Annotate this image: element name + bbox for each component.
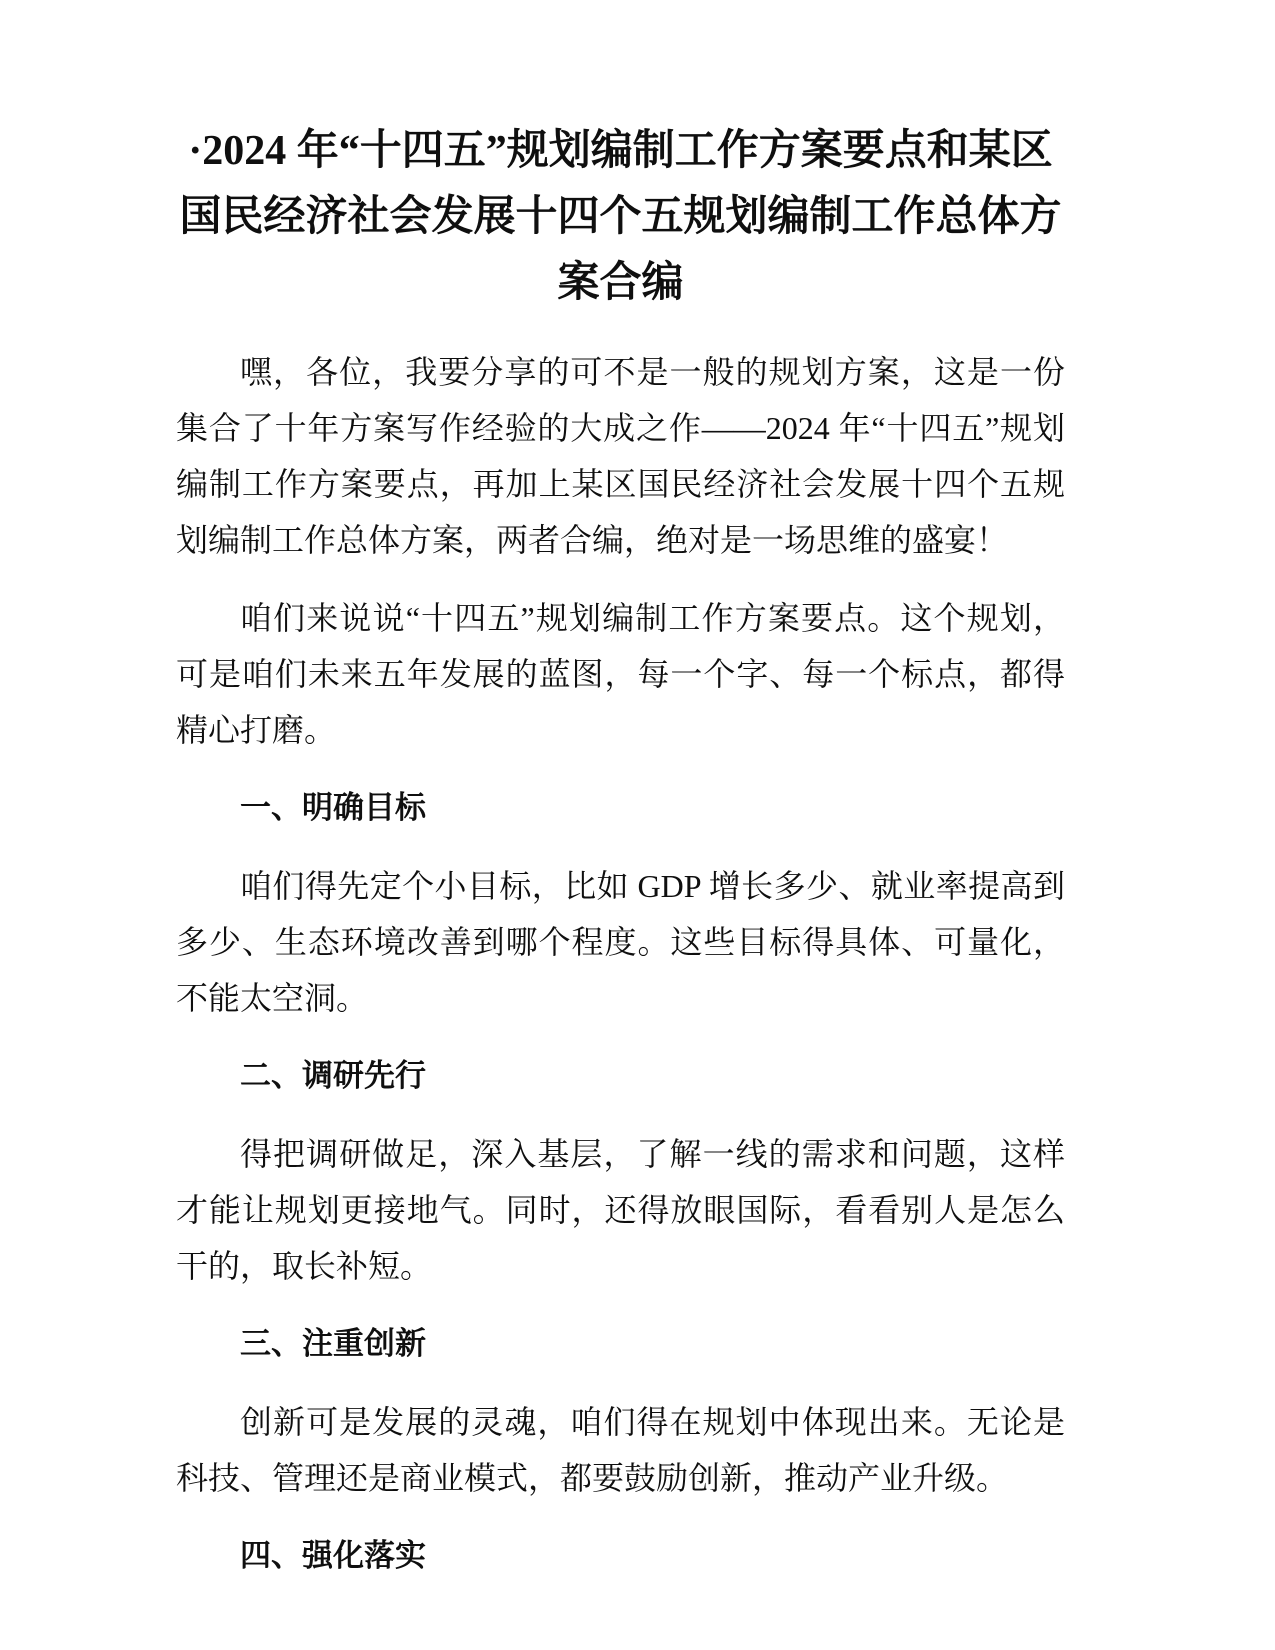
- section-heading-4: 四、强化落实: [176, 1528, 1065, 1584]
- intro-paragraph-1: 嘿，各位，我要分享的可不是一般的规划方案，这是一份集合了十年方案写作经验的大成之…: [176, 344, 1065, 568]
- intro-paragraph-2: 咱们来说说“十四五”规划编制工作方案要点。这个规划，可是咱们未来五年发展的蓝图，…: [176, 590, 1065, 758]
- section-body-1: 咱们得先定个小目标，比如 GDP 增长多少、就业率提高到多少、生态环境改善到哪个…: [176, 858, 1065, 1026]
- section-body-3: 创新可是发展的灵魂，咱们得在规划中体现出来。无论是科技、管理还是商业模式，都要鼓…: [176, 1394, 1065, 1506]
- section-heading-2: 二、调研先行: [176, 1048, 1065, 1104]
- section-heading-1: 一、明确目标: [176, 780, 1065, 836]
- document-page: ·2024 年“十四五”规划编制工作方案要点和某区国民经济社会发展十四个五规划编…: [0, 0, 1275, 1650]
- section-body-2: 得把调研做足，深入基层，了解一线的需求和问题，这样才能让规划更接地气。同时，还得…: [176, 1126, 1065, 1294]
- section-heading-3: 三、注重创新: [176, 1316, 1065, 1372]
- document-title: ·2024 年“十四五”规划编制工作方案要点和某区国民经济社会发展十四个五规划编…: [176, 118, 1065, 316]
